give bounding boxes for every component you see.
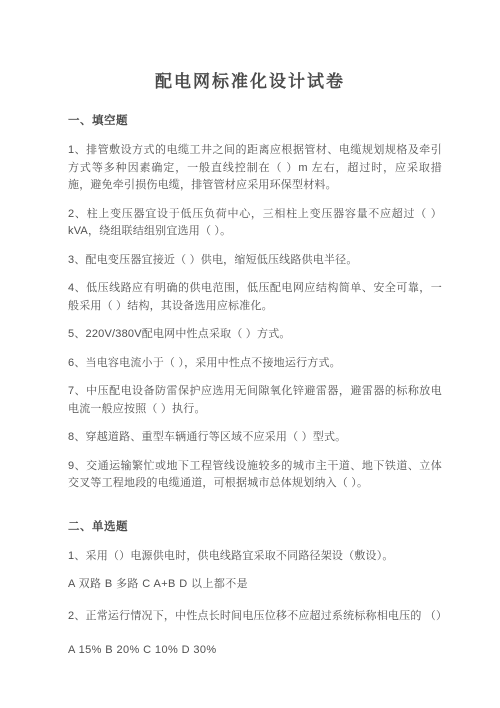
choice-question-2-options: A 15% B 20% C 10% D 30% bbox=[68, 642, 442, 660]
section-heading-fill-blank: 一、填空题 bbox=[68, 114, 442, 128]
fill-blank-question-7: 7、中压配电设备防雷保护应选用无间隙氧化锌避雷器，避雷器的标称放电电流一般应按照… bbox=[68, 383, 442, 418]
choice-question-1: 1、采用（）电源供电时，供电线路宜采取不同路径架设（敷设）。 bbox=[68, 548, 442, 566]
choice-question-1-options: A 双路 B 多路 C A+B D 以上都不是 bbox=[68, 576, 442, 594]
fill-blank-question-9: 9、交通运输繁忙或地下工程管线设施较多的城市主干道、地下铁道、立体交叉等工程地段… bbox=[68, 458, 442, 493]
fill-blank-question-8: 8、穿越道路、重型车辆通行等区域不应采用（ ）型式。 bbox=[68, 429, 442, 447]
exam-content: 一、填空题 1、排管敷设方式的电缆工井之间的距离应根据管材、电缆规划规格及牵引方… bbox=[68, 114, 442, 660]
page-title: 配电网标准化设计试卷 bbox=[0, 0, 500, 93]
section-heading-single-choice: 二、单选题 bbox=[68, 520, 442, 534]
fill-blank-question-6: 6、当电容电流小于（ ），采用中性点不接地运行方式。 bbox=[68, 355, 442, 373]
fill-blank-question-3: 3、配电变压器宜接近（ ）供电，缩短低压线路供电半径。 bbox=[68, 252, 442, 270]
exam-paper-page: 配电网标准化设计试卷 一、填空题 1、排管敷设方式的电缆工井之间的距离应根据管材… bbox=[0, 0, 500, 708]
fill-blank-question-2: 2、柱上变压器宜设于低压负荷中心，三相柱上变压器容量不应超过（ ）kVA，绕组联… bbox=[68, 206, 442, 241]
fill-blank-question-4: 4、低压线路应有明确的供电范围，低压配电网应结构简单、安全可靠，一般采用（ ）结… bbox=[68, 280, 442, 315]
fill-blank-question-5: 5、220V/380V配电网中性点采取（ ）方式。 bbox=[68, 326, 442, 344]
choice-question-2: 2、正常运行情况下，中性点长时间电压位移不应超过系统标称相电压的 （） bbox=[68, 608, 442, 626]
fill-blank-question-1: 1、排管敷设方式的电缆工井之间的距离应根据管材、电缆规划规格及牵引方式等多种因素… bbox=[68, 142, 442, 195]
